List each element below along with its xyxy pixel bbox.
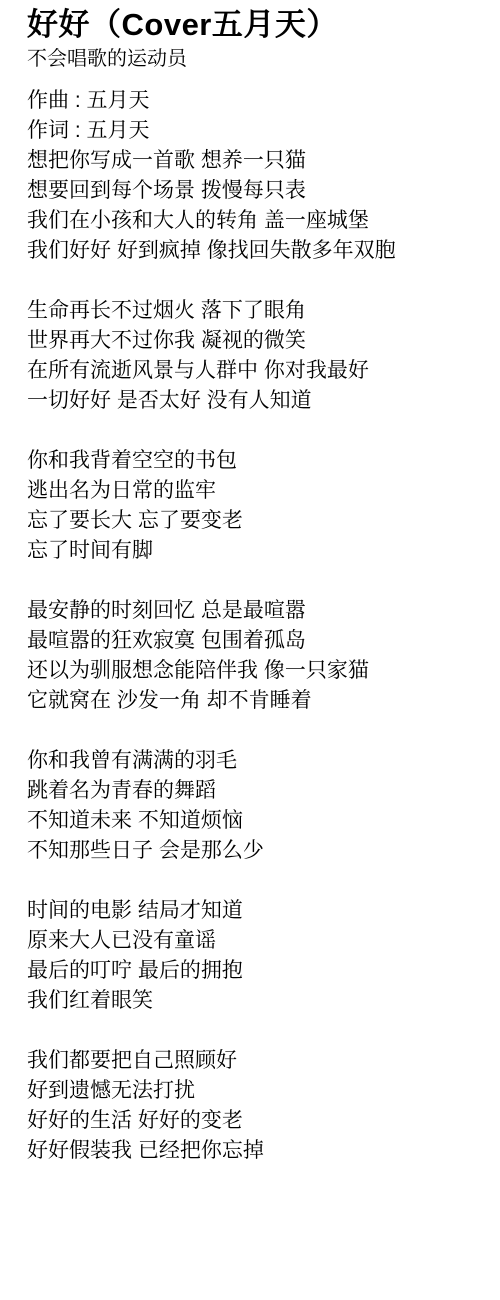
lyric-line: 我们都要把自己照顾好 (27, 1046, 480, 1076)
lyric-line: 想要回到每个场景 拨慢每只表 (27, 176, 480, 206)
stanza: 我们都要把自己照顾好好到遗憾无法打扰好好的生活 好好的变老好好假装我 已经把你忘… (27, 1046, 480, 1166)
lyric-line: 在所有流逝风景与人群中 你对我最好 (27, 356, 480, 386)
lyrics-body: 作曲 : 五月天作词 : 五月天想把你写成一首歌 想养一只猫想要回到每个场景 拨… (27, 86, 480, 1166)
stanza: 生命再长不过烟火 落下了眼角世界再大不过你我 凝视的微笑在所有流逝风景与人群中 … (27, 296, 480, 416)
lyric-line: 好到遗憾无法打扰 (27, 1076, 480, 1106)
song-title: 好好（Cover五月天） (27, 6, 480, 44)
lyric-line: 最后的叮咛 最后的拥抱 (27, 956, 480, 986)
lyric-line: 逃出名为日常的监牢 (27, 476, 480, 506)
stanza: 你和我背着空空的书包逃出名为日常的监牢忘了要长大 忘了要变老忘了时间有脚 (27, 446, 480, 566)
lyric-line: 我们在小孩和大人的转角 盖一座城堡 (27, 206, 480, 236)
lyric-line: 好好假装我 已经把你忘掉 (27, 1136, 480, 1166)
lyric-line: 最喧嚣的狂欢寂寞 包围着孤岛 (27, 626, 480, 656)
lyric-line: 忘了要长大 忘了要变老 (27, 506, 480, 536)
stanza: 最安静的时刻回忆 总是最喧嚣最喧嚣的狂欢寂寞 包围着孤岛还以为驯服想念能陪伴我 … (27, 596, 480, 716)
lyric-line: 最安静的时刻回忆 总是最喧嚣 (27, 596, 480, 626)
lyric-line: 世界再大不过你我 凝视的微笑 (27, 326, 480, 356)
stanza: 时间的电影 结局才知道原来大人已没有童谣最后的叮咛 最后的拥抱我们红着眼笑 (27, 896, 480, 1016)
lyric-line: 忘了时间有脚 (27, 536, 480, 566)
lyric-line: 你和我背着空空的书包 (27, 446, 480, 476)
lyric-line: 好好的生活 好好的变老 (27, 1106, 480, 1136)
lyric-line: 我们好好 好到疯掉 像找回失散多年双胞 (27, 236, 480, 266)
lyric-line: 它就窝在 沙发一角 却不肯睡着 (27, 686, 480, 716)
lyric-line: 生命再长不过烟火 落下了眼角 (27, 296, 480, 326)
artist-name: 不会唱歌的运动员 (27, 46, 480, 72)
lyric-line: 不知那些日子 会是那么少 (27, 836, 480, 866)
stanza: 你和我曾有满满的羽毛跳着名为青春的舞蹈不知道未来 不知道烦恼不知那些日子 会是那… (27, 746, 480, 866)
lyric-line: 还以为驯服想念能陪伴我 像一只家猫 (27, 656, 480, 686)
stanza: 作曲 : 五月天作词 : 五月天想把你写成一首歌 想养一只猫想要回到每个场景 拨… (27, 86, 480, 266)
lyric-line: 想把你写成一首歌 想养一只猫 (27, 146, 480, 176)
lyric-line: 作曲 : 五月天 (27, 86, 480, 116)
lyric-line: 一切好好 是否太好 没有人知道 (27, 386, 480, 416)
lyric-line: 我们红着眼笑 (27, 986, 480, 1016)
lyric-line: 不知道未来 不知道烦恼 (27, 806, 480, 836)
lyrics-page: 好好（Cover五月天） 不会唱歌的运动员 作曲 : 五月天作词 : 五月天想把… (0, 0, 500, 1300)
lyric-line: 时间的电影 结局才知道 (27, 896, 480, 926)
lyric-line: 跳着名为青春的舞蹈 (27, 776, 480, 806)
lyric-line: 你和我曾有满满的羽毛 (27, 746, 480, 776)
lyric-line: 原来大人已没有童谣 (27, 926, 480, 956)
lyric-line: 作词 : 五月天 (27, 116, 480, 146)
